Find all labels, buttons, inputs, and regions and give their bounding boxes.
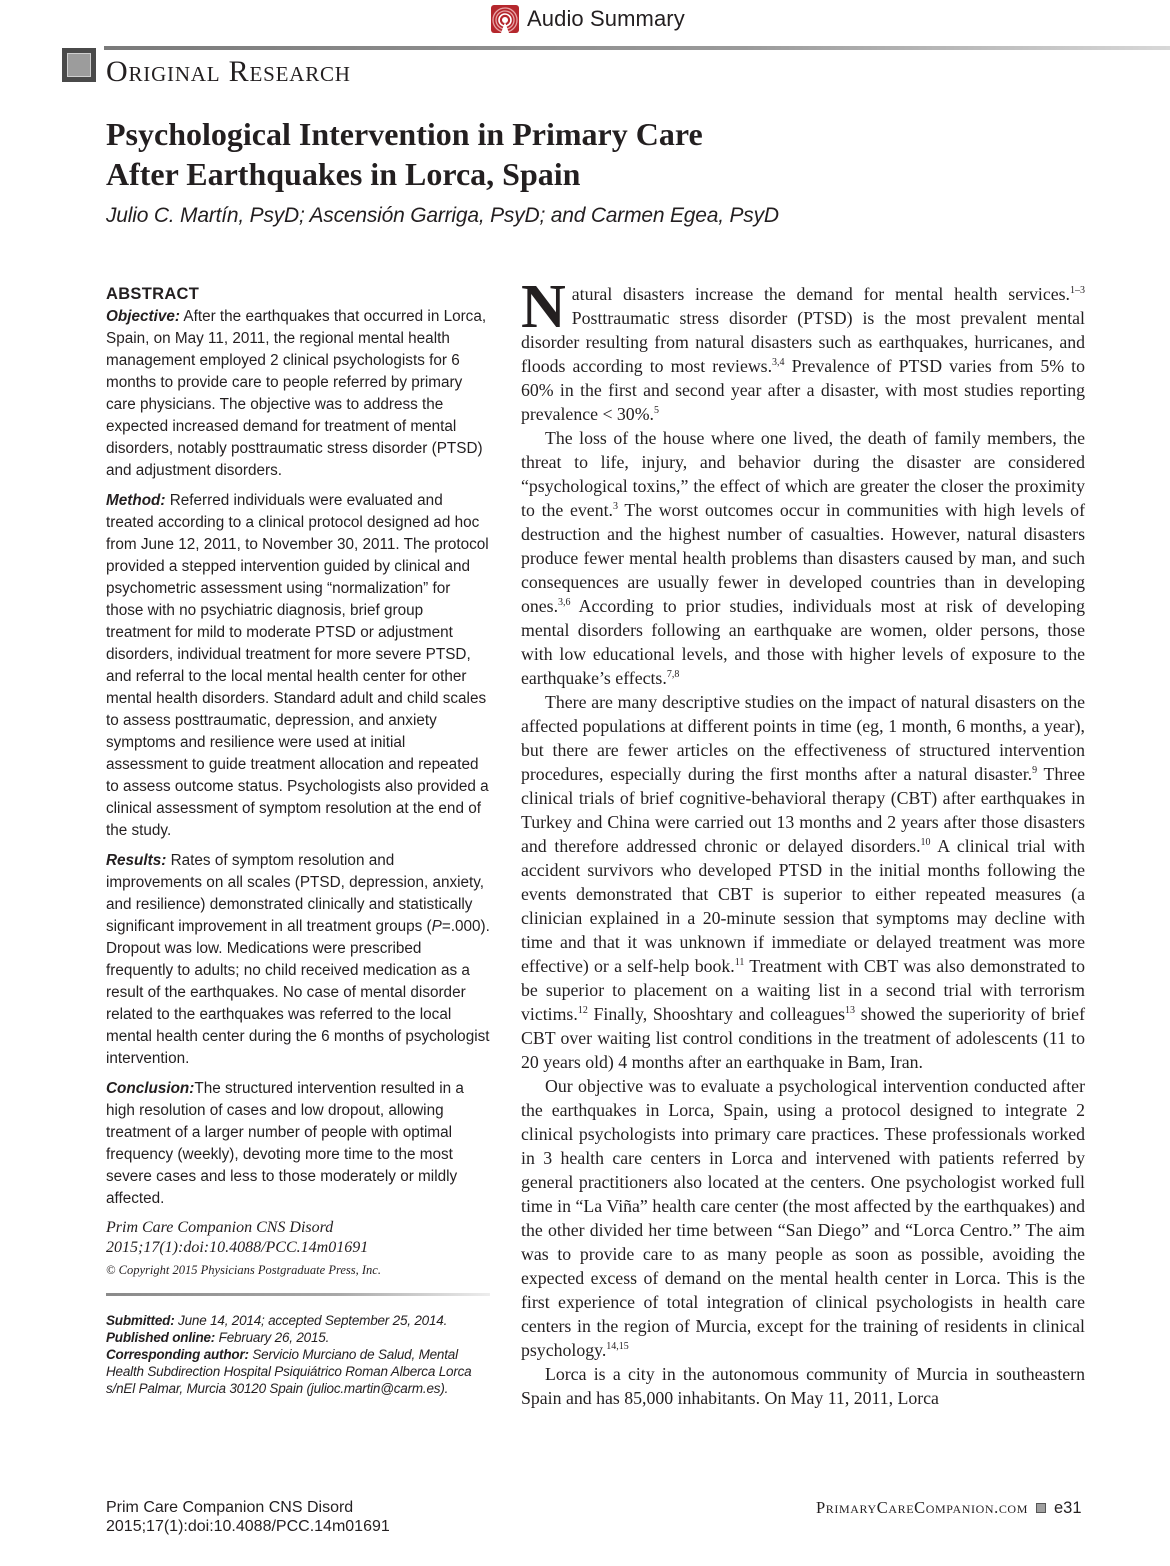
footer-site-page: PrimaryCareCompanion.com e31 — [816, 1498, 1082, 1518]
audio-broadcast-icon — [491, 5, 519, 33]
website-link[interactable]: PrimaryCareCompanion.com — [816, 1498, 1028, 1518]
citation-ref[interactable]: 5 — [654, 405, 659, 416]
drop-cap: N — [521, 284, 566, 330]
published-text: February 26, 2015. — [215, 1330, 329, 1345]
article-authors: Julio C. Martín, PsyD; Ascensión Garriga… — [106, 204, 779, 228]
method-text: Referred individuals were evaluated and … — [106, 492, 489, 839]
objective-text: After the earthquakes that occurred in L… — [106, 308, 486, 479]
title-line-2: After Earthquakes in Lorca, Spain — [106, 156, 580, 192]
citation-ref[interactable]: 13 — [845, 1005, 855, 1016]
citation-ref[interactable]: 3,4 — [772, 357, 785, 368]
body-text: According to prior studies, individuals … — [521, 596, 1085, 688]
abstract-method: Method: Referred individuals were evalua… — [106, 490, 490, 842]
section-square-icon — [62, 48, 96, 82]
section-label: Original Research — [106, 56, 351, 88]
body-paragraph-1: Natural disasters increase the demand fo… — [521, 282, 1085, 426]
citation-ref[interactable]: 3,6 — [558, 597, 571, 608]
audio-summary-button[interactable]: Audio Summary — [491, 4, 685, 34]
results-text-cont: =.000). Dropout was low. Medications wer… — [106, 918, 490, 1067]
citation-ref[interactable]: 1–3 — [1070, 285, 1085, 296]
page-number: e31 — [1054, 1499, 1082, 1518]
p-value-symbol: P — [432, 918, 442, 935]
citation-ref[interactable]: 10 — [921, 837, 931, 848]
body-paragraph-2: The loss of the house where one lived, t… — [521, 426, 1085, 690]
conclusion-label: Conclusion: — [106, 1080, 194, 1097]
citation-ref[interactable]: 11 — [735, 957, 745, 968]
citation-ref[interactable]: 12 — [578, 1005, 588, 1016]
objective-label: Objective: — [106, 308, 180, 325]
body-paragraph-3: There are many descriptive studies on th… — [521, 690, 1085, 1074]
method-label: Method: — [106, 492, 165, 509]
body-text: Lorca is a city in the autonomous commun… — [521, 1364, 1085, 1408]
body-paragraph-5: Lorca is a city in the autonomous commun… — [521, 1362, 1085, 1410]
citation-ref[interactable]: 14,15 — [606, 1341, 629, 1352]
corresponding-label: Corresponding author: — [106, 1347, 249, 1362]
footer-journal-citation: Prim Care Companion CNS Disord 2015;17(1… — [106, 1498, 390, 1536]
title-line-1: Psychological Intervention in Primary Ca… — [106, 116, 703, 152]
body-text: A clinical trial with accident survivors… — [521, 836, 1085, 976]
abstract-column: ABSTRACT Objective: After the earthquake… — [106, 283, 490, 1397]
body-text: Our objective was to evaluate a psycholo… — [521, 1076, 1085, 1360]
section-rule — [104, 46, 1170, 50]
abstract-conclusion: Conclusion:The structured intervention r… — [106, 1078, 490, 1210]
copyright-notice: © Copyright 2015 Physicians Postgraduate… — [106, 1261, 490, 1279]
submitted-label: Submitted: — [106, 1313, 175, 1328]
abstract-objective: Objective: After the earthquakes that oc… — [106, 306, 490, 482]
citation-doi[interactable]: 2015;17(1):doi:10.4088/PCC.14m01691 — [106, 1239, 368, 1256]
body-column: Natural disasters increase the demand fo… — [521, 282, 1085, 1410]
footer-journal: Prim Care Companion CNS Disord — [106, 1498, 390, 1517]
citation-journal: Prim Care Companion CNS Disord — [106, 1219, 333, 1236]
submitted-info: Submitted: June 14, 2014; accepted Septe… — [106, 1312, 490, 1329]
body-paragraph-4: Our objective was to evaluate a psycholo… — [521, 1074, 1085, 1362]
results-label: Results: — [106, 852, 166, 869]
citation-ref[interactable]: 7,8 — [667, 669, 680, 680]
body-text: Finally, Shooshtary and colleagues — [588, 1004, 845, 1024]
published-info: Published online: February 26, 2015. — [106, 1329, 490, 1346]
abstract-divider — [106, 1293, 490, 1296]
article-title: Psychological Intervention in Primary Ca… — [106, 114, 906, 194]
footer-doi: 2015;17(1):doi:10.4088/PCC.14m01691 — [106, 1517, 390, 1536]
conclusion-text: The structured intervention resulted in … — [106, 1080, 464, 1207]
abstract-citation: Prim Care Companion CNS Disord 2015;17(1… — [106, 1218, 490, 1258]
published-label: Published online: — [106, 1330, 215, 1345]
square-separator-icon — [1036, 1503, 1046, 1513]
corresponding-author-info: Corresponding author: Servicio Murciano … — [106, 1346, 490, 1397]
abstract-results: Results: Rates of symptom resolution and… — [106, 850, 490, 1070]
article-meta: Submitted: June 14, 2014; accepted Septe… — [106, 1312, 490, 1397]
audio-summary-label: Audio Summary — [527, 6, 685, 32]
body-text: There are many descriptive studies on th… — [521, 692, 1085, 784]
body-text: atural disasters increase the demand for… — [572, 284, 1070, 304]
abstract-heading: ABSTRACT — [106, 283, 490, 305]
submitted-text: June 14, 2014; accepted September 25, 20… — [175, 1313, 448, 1328]
